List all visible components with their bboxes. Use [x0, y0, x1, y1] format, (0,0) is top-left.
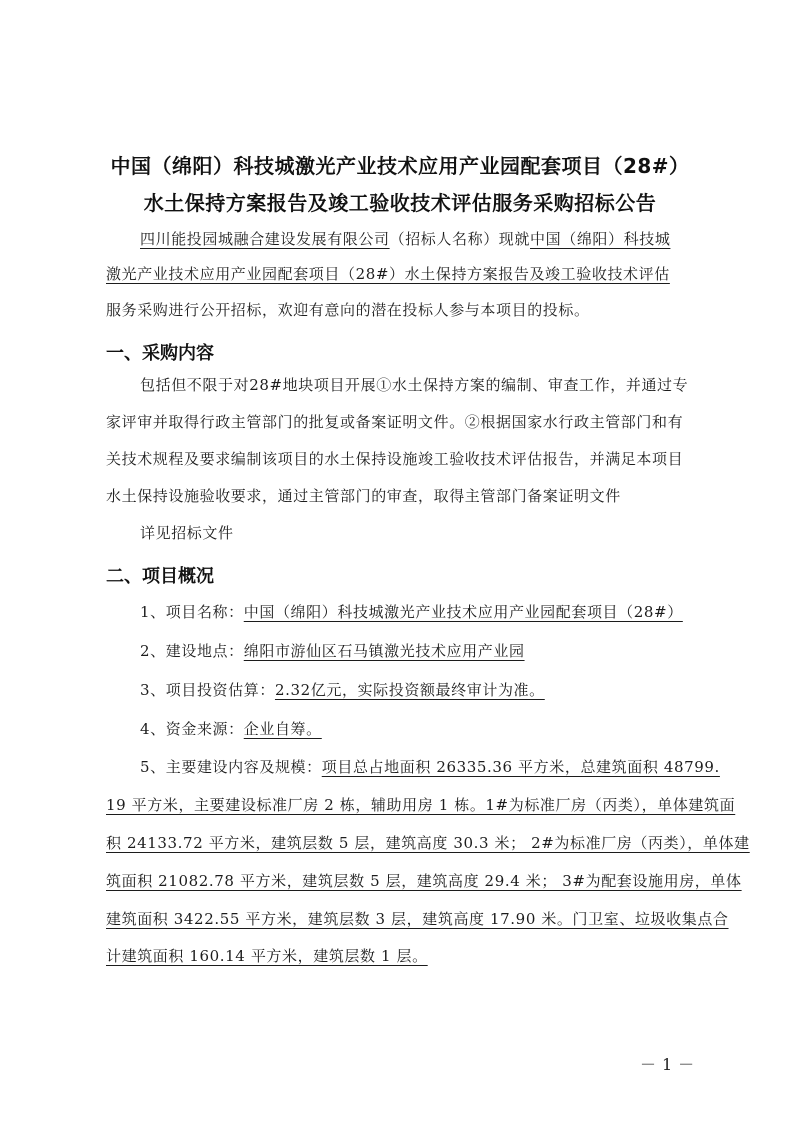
intro-line-1: 四川能投园城融合建设发展有限公司（招标人名称）现就中国（绵阳）科技城 [140, 229, 730, 249]
procurement-line-2: 家评审并取得行政主管部门的批复或备案证明文件。②根据国家水行政主管部门和有 [106, 412, 696, 432]
project-name-part2: 激光产业技术应用产业园配套项目（28#）水土保持方案报告及竣工验收技术评估 [106, 265, 670, 283]
scale-line-4: 建筑面积 3422.55 平方米，建筑层数 3 层，建筑高度 17.90 米。门… [106, 909, 696, 929]
overview-item-scale: 5、主要建设内容及规模：项目总占地面积 26335.36 平方米，总建筑面积 4… [140, 757, 730, 777]
project-name-part1: 中国（绵阳）科技城 [530, 230, 670, 248]
page-number: －1－ [640, 1052, 700, 1075]
section-heading-procurement: 一、采购内容 [106, 339, 214, 365]
scale-line-3: 筑面积 21082.78 平方米，建筑层数 5 层，建筑高度 29.4 米； 3… [106, 871, 696, 891]
item-value: 企业自筹。 [244, 720, 322, 738]
intro-line-3: 服务采购进行公开招标，欢迎有意向的潜在投标人参与本项目的投标。 [106, 300, 696, 320]
intro-line-2: 激光产业技术应用产业园配套项目（28#）水土保持方案报告及竣工验收技术评估 [106, 264, 696, 284]
document-page: 中国（绵阳）科技城激光产业技术应用产业园配套项目（28#） 水土保持方案报告及竣… [0, 0, 800, 1131]
tenderer-note: （招标人名称）现就 [390, 230, 530, 248]
see-tender-docs: 详见招标文件 [140, 523, 730, 543]
procurement-line-4: 水土保持设施验收要求，通过主管部门的审查，取得主管部门备案证明文件 [106, 486, 696, 506]
procurement-line-1: 包括但不限于对28#地块项目开展①水土保持方案的编制、审查工作，并通过专 [140, 375, 730, 395]
scale-line-2: 积 24133.72 平方米，建筑层数 5 层，建筑高度 30.3 米； 2#为… [106, 833, 696, 853]
item-label: 1、项目名称： [140, 603, 244, 621]
scale-line-5: 计建筑面积 160.14 平方米，建筑层数 1 层。 [106, 946, 696, 966]
item-label: 4、资金来源： [140, 720, 244, 738]
procurement-line-3: 关技术规程及要求编制该项目的水土保持设施竣工验收技术评估报告，并满足本项目 [106, 449, 696, 469]
item-label: 2、建设地点： [140, 642, 244, 660]
document-title-line-1: 中国（绵阳）科技城激光产业技术应用产业园配套项目（28#） [0, 150, 800, 179]
item-value: 2.32亿元，实际投资额最终审计为准。 [275, 681, 545, 699]
item-label: 3、项目投资估算： [140, 681, 275, 699]
tenderer-name: 四川能投园城融合建设发展有限公司 [140, 230, 390, 248]
section-heading-overview: 二、项目概况 [106, 562, 214, 588]
scale-line-1: 19 平方米，主要建设标准厂房 2 栋，辅助用房 1 栋。1#为标准厂房（丙类）… [106, 795, 696, 815]
overview-item-location: 2、建设地点：绵阳市游仙区石马镇激光技术应用产业园 [140, 641, 730, 661]
item-label: 5、主要建设内容及规模： [140, 758, 322, 776]
item-value: 项目总占地面积 26335.36 平方米，总建筑面积 48799. [322, 758, 720, 776]
item-value: 中国（绵阳）科技城激光产业技术应用产业园配套项目（28#） [244, 603, 683, 621]
item-value: 绵阳市游仙区石马镇激光技术应用产业园 [244, 642, 525, 660]
overview-item-project-name: 1、项目名称：中国（绵阳）科技城激光产业技术应用产业园配套项目（28#） [140, 602, 730, 622]
overview-item-investment: 3、项目投资估算：2.32亿元，实际投资额最终审计为准。 [140, 680, 730, 700]
overview-item-funding: 4、资金来源：企业自筹。 [140, 719, 730, 739]
document-title-line-2: 水土保持方案报告及竣工验收技术评估服务采购招标公告 [0, 187, 800, 216]
